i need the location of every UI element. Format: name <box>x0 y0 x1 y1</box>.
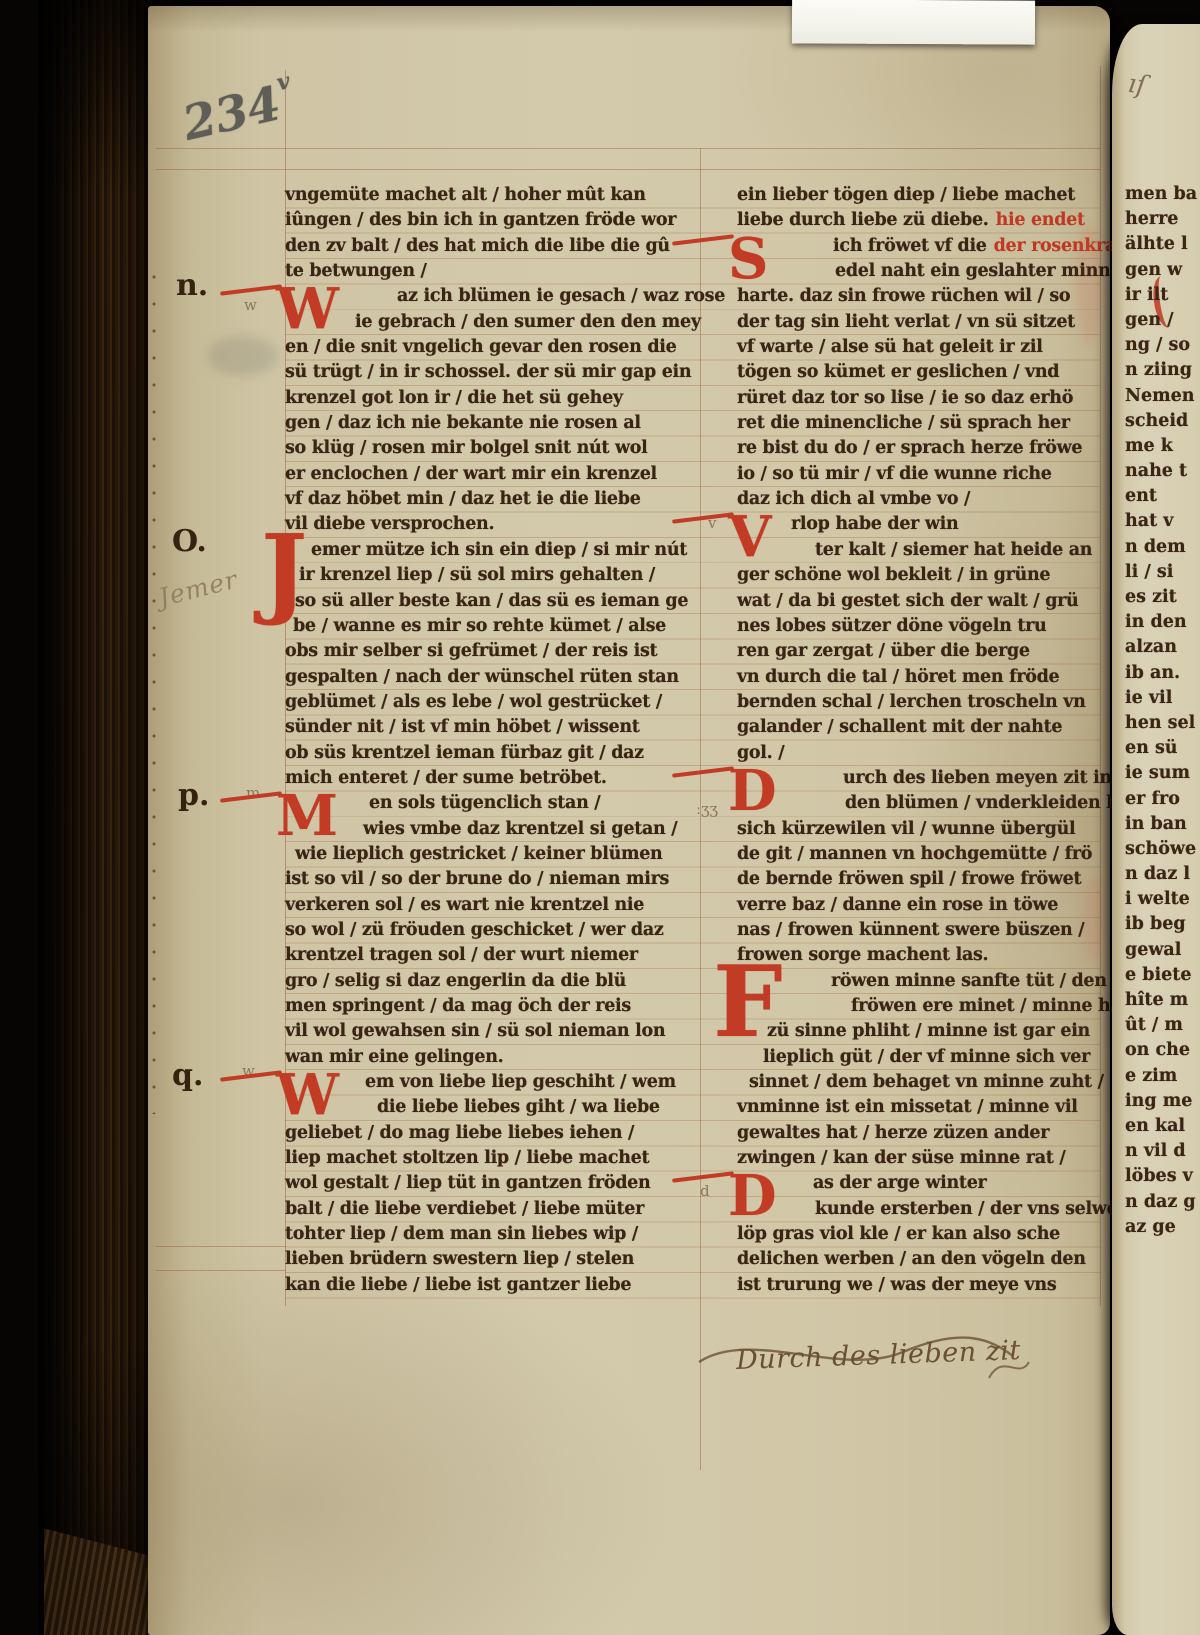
line-text: zü sinne phliht / minne ist gar ein <box>767 1021 1090 1041</box>
next-page-text-fragment: ib an. <box>1125 661 1200 686</box>
next-page-text-fragment: e biete <box>1125 963 1200 988</box>
manuscript-text-line: re bist du do / er sprach herze fröwe <box>737 436 1105 461</box>
line-text: sinnet / dem behaget vn minne zuht / <box>749 1072 1104 1092</box>
next-page-text-fragment: hat v <box>1125 509 1200 534</box>
folio-number: 234v <box>177 68 301 152</box>
manuscript-text-line: ein lieber tögen diep / liebe machet <box>737 183 1105 208</box>
manuscript-text-line: frowen sorge machent las. <box>737 943 1105 968</box>
next-page-text-fragment: li / si <box>1125 560 1200 585</box>
line-text: fröwen ere minet / minne hat <box>851 996 1129 1016</box>
manuscript-text-line: delichen werben / an den vögeln den <box>737 1247 1105 1272</box>
manuscript-text-line: kan die liebe / liebe ist gantzer liebe <box>285 1273 703 1298</box>
manuscript-text-line: krenzel got lon ir / die het sü gehey <box>285 386 703 411</box>
graphite-smudge <box>208 336 278 376</box>
manuscript-text-line: te betwungen / <box>285 259 703 284</box>
manuscript-text-line: Jemer mütze ich sin ein diep / si mir nú… <box>285 538 703 563</box>
line-text: edel naht ein geslahter minner <box>835 261 1130 281</box>
manuscript-text-line: obs mir selber si gefrümet / der reis is… <box>285 639 703 664</box>
line-text: bernden schal / lerchen troscheln vn <box>737 692 1086 712</box>
next-page-text-fragment: herre <box>1125 207 1200 232</box>
book-page-edges-left <box>38 0 160 1635</box>
red-initial: V <box>728 509 771 565</box>
line-text: vf warte / alse sü hat geleit ir zil <box>737 337 1043 357</box>
line-text: rlop habe der win <box>791 514 958 534</box>
manuscript-text-line: Durch des lieben meyen zit in <box>737 766 1105 791</box>
manuscript-text-line: vf daz höbet min / daz het ie die liebe <box>285 487 703 512</box>
manuscript-text-line: nas / frowen künnent swere büszen / <box>737 918 1105 943</box>
next-page-text-fragment: alzan <box>1125 635 1200 660</box>
line-text: lieplich güt / der vf minne sich ver <box>763 1047 1090 1067</box>
line-text: wol gestalt / liep tüt in gantzen fröden <box>285 1173 650 1193</box>
manuscript-text-line: sünder nit / ist vf min höbet / wissent <box>285 715 703 740</box>
manuscript-text-line: so sü aller beste kan / das sü es ieman … <box>285 589 703 614</box>
manuscript-text-line: wan mir eine gelingen. <box>285 1045 703 1070</box>
line-text: obs mir selber si gefrümet / der reis is… <box>285 641 657 661</box>
manuscript-text-line: verkeren sol / es wart nie krentzel nie <box>285 893 703 918</box>
line-text: tohter liep / dem man sin liebes wip / <box>285 1224 638 1244</box>
pricking-marks <box>152 274 156 1114</box>
header-ruling-line <box>156 148 1100 149</box>
line-text: wie lieplich gestricket / keiner blümen <box>295 844 662 864</box>
line-text: liep machet stoltzen lip / liebe machet <box>285 1148 649 1168</box>
line-text: lieben brüdern swestern liep / stelen <box>285 1249 634 1269</box>
next-page-text-fragment: gen / <box>1125 308 1200 333</box>
manuscript-text-line: Men sols tügenclich stan / <box>285 791 703 816</box>
manuscript-text-line: vil wol gewahsen sin / sü sol nieman lon <box>285 1019 703 1044</box>
line-text: az ich blümen ie gesach / waz rose <box>397 286 725 306</box>
next-page-text-fragment: gen w <box>1125 258 1200 283</box>
manuscript-text-line: gewaltes hat / herze züzen ander <box>737 1121 1105 1146</box>
line-text: er enclochen / der wart mir ein krenzel <box>285 464 657 484</box>
line-text: en sols tügenclich stan / <box>369 793 600 813</box>
guide-letter: ːʒʒ <box>696 800 718 818</box>
next-page-text-fragment: älhte l <box>1125 232 1200 257</box>
manuscript-text-line: Wem von liebe liep geschiht / wem <box>285 1070 703 1095</box>
manuscript-text-line: den blümen / vnderkleiden hebet <box>737 791 1105 816</box>
margin-note: p. <box>178 778 209 813</box>
manuscript-text-line: nes lobes sützer döne vögeln tru <box>737 614 1105 639</box>
line-text: den zv balt / des hat mich die libe die … <box>285 236 670 256</box>
manuscript-text-line: gespalten / nach der wünschel rüten stan <box>285 665 703 690</box>
line-text: en / die snit vngelich gevar den rosen d… <box>285 337 676 357</box>
next-page-text-fragment: löbes v <box>1125 1164 1200 1189</box>
margin-note: Jemer <box>156 565 241 613</box>
manuscript-text-line: die liebe liebes giht / wa liebe <box>285 1095 703 1120</box>
line-text: emer mütze ich sin ein diep / si mir nút <box>311 540 687 560</box>
line-text: io / so tü mir / vf die wunne riche <box>737 464 1052 484</box>
manuscript-text-line: ist trurung we / was der meye vns <box>737 1273 1105 1298</box>
next-page-text-fragment: en sü <box>1125 736 1200 761</box>
line-text: vn durch die tal / höret men fröde <box>737 667 1059 687</box>
line-text: ich fröwet vf die <box>833 236 987 256</box>
line-text: vf daz höbet min / daz het ie die liebe <box>285 489 641 509</box>
line-text: geblümet / als es lebe / wol gestrücket … <box>285 692 662 712</box>
next-page-text-fragment: gewal <box>1125 938 1200 963</box>
header-ruling-line <box>156 169 1100 170</box>
line-text: die liebe liebes giht / wa liebe <box>377 1097 660 1117</box>
line-text: liebe durch liebe zü diebe. <box>737 210 989 230</box>
manuscript-text-line: Das der arge winter <box>737 1171 1105 1196</box>
next-page-text-fragment: in den <box>1125 610 1200 635</box>
next-page-text-fragment: ie vil <box>1125 686 1200 711</box>
line-text: gro / selig si daz engerlin da die blü <box>285 971 626 991</box>
manuscript-text-line: lieben brüdern swestern liep / stelen <box>285 1247 703 1272</box>
red-initial: M <box>276 788 338 844</box>
footer-ruling-line <box>156 1246 286 1247</box>
next-page-text-fragment: schöwe <box>1125 837 1200 862</box>
line-text: sü trügt / in ir schossel. der sü mir ga… <box>285 362 691 382</box>
line-text: de bernde fröwen spil / frowe fröwet <box>737 869 1081 889</box>
manuscript-text-line: tohter liep / dem man sin liebes wip / <box>285 1222 703 1247</box>
margin-note: n. <box>176 268 208 303</box>
manuscript-text-line: ie gebrach / den sumer den den mey <box>285 310 703 335</box>
manuscript-text-line: der tag sin lieht verlat / vn sü sitzet <box>737 310 1105 335</box>
manuscript-text-line: balt / die liebe verdiebet / liebe müter <box>285 1197 703 1222</box>
bookmark-slip <box>792 0 1035 45</box>
line-text: ret die minencliche / sü sprach her <box>737 413 1070 433</box>
red-initial: J <box>261 534 307 610</box>
line-text: tögen so kümet er geslichen / vnd <box>737 362 1059 382</box>
manuscript-text-line: daz ich dich al vmbe vo / <box>737 487 1105 512</box>
next-page-text-fragment: er fro <box>1125 787 1200 812</box>
manuscript-text-line: Fröwen minne sanfte tüt / den der <box>737 969 1105 994</box>
next-page-text-fragment: ing me <box>1125 1089 1200 1114</box>
manuscript-text-line: harte. daz sin frowe rüchen wil / so <box>737 284 1105 309</box>
manuscript-text-line: vn durch die tal / höret men fröde <box>737 665 1105 690</box>
next-page-text-fragment: hen sel <box>1125 711 1200 736</box>
line-text: ren gar zergat / über die berge <box>737 641 1030 661</box>
line-text: urch des lieben meyen zit in <box>843 768 1112 788</box>
line-text: so klüg / rosen mir bolgel snit nút wol <box>285 438 647 458</box>
manuscript-text-line: wie lieplich gestricket / keiner blümen <box>285 842 703 867</box>
next-page-text-fragment: ir ilt <box>1125 283 1200 308</box>
line-text: gespalten / nach der wünschel rüten stan <box>285 667 679 687</box>
margin-note: q. <box>172 1058 203 1093</box>
pen-mark: ıſ <box>1126 69 1148 101</box>
manuscript-text-line: iûngen / des bin ich in gantzen fröde wo… <box>285 208 703 233</box>
line-text: nes lobes sützer döne vögeln tru <box>737 616 1046 636</box>
line-text: balt / die liebe verdiebet / liebe müter <box>285 1199 644 1219</box>
manuscript-text-line: so wol / zü fröuden geschicket / wer daz <box>285 918 703 943</box>
manuscript-text-line: sich kürzewilen vil / wunne übergül <box>737 817 1105 842</box>
manuscript-text-line: wat / da bi gestet sich der walt / grü <box>737 589 1105 614</box>
next-page-text-fragment: az ge <box>1125 1215 1200 1240</box>
next-page-text-fragment: ent <box>1125 484 1200 509</box>
line-text: ir krenzel liep / sü sol mirs gehalten / <box>299 565 655 585</box>
next-page-text-fragment: Nemen <box>1125 384 1200 409</box>
line-text: wat / da bi gestet sich der walt / grü <box>737 591 1078 611</box>
next-page-text-fragment: ie sum <box>1125 761 1200 786</box>
manuscript-text-line: men springent / da mag öch der reis <box>285 994 703 1019</box>
manuscript-text-line: be / wanne es mir so rehte kümet / alse <box>285 614 703 639</box>
line-text: sich kürzewilen vil / wunne übergül <box>737 819 1075 839</box>
manuscript-text-line: den zv balt / des hat mich die libe die … <box>285 234 703 259</box>
line-text: men springent / da mag öch der reis <box>285 996 631 1016</box>
red-initial: W <box>276 281 339 337</box>
text-column-left: vngemüte machet alt / hoher mût kaniûnge… <box>285 183 703 1298</box>
manuscript-text-line: de git / mannen vn hochgemütte / frö <box>737 842 1105 867</box>
next-page-text-fragment: in ban <box>1125 812 1200 837</box>
manuscript-text-line: zwingen / kan der süse minne rat / <box>737 1146 1105 1171</box>
next-page-text-fragment: nahe t <box>1125 459 1200 484</box>
manuscript-text-line: mich enteret / der sume betröbet. <box>285 766 703 791</box>
line-text: verkeren sol / es wart nie krentzel nie <box>285 895 644 915</box>
manuscript-text-line: liebe durch liebe zü diebe.hie endet <box>737 208 1105 233</box>
manuscript-text-line: ir krenzel liep / sü sol mirs gehalten / <box>285 563 703 588</box>
line-text: kunde ersterben / der vns selwet <box>815 1199 1125 1219</box>
line-text: krenzel got lon ir / die het sü gehey <box>285 388 623 408</box>
text-column-right: ein lieber tögen diep / liebe machetlieb… <box>737 183 1105 1298</box>
next-page-text-fragment: men ba <box>1125 182 1200 207</box>
next-page-edge: ıſ men baherreälhte lgen wir iltgen /ng … <box>1112 24 1200 1635</box>
red-initial: D <box>728 763 776 819</box>
manuscript-text-line: sü trügt / in ir schossel. der sü mir ga… <box>285 360 703 385</box>
next-page-text-fragment: en kal <box>1125 1114 1200 1139</box>
manuscript-text-line: galander / schallent mit der nahte <box>737 715 1105 740</box>
line-text: be / wanne es mir so rehte kümet / alse <box>293 616 666 636</box>
line-text: vnminne ist ein missetat / minne vil <box>737 1097 1078 1117</box>
line-text: sünder nit / ist vf min höbet / wissent <box>285 717 640 737</box>
line-text: ist trurung we / was der meye vns <box>737 1275 1056 1295</box>
manuscript-text-line: gro / selig si daz engerlin da die blü <box>285 969 703 994</box>
line-text: krentzel tragen sol / der wurt niemer <box>285 945 638 965</box>
next-page-text-fragment: me k <box>1125 434 1200 459</box>
line-text: nas / frowen künnent swere büszen / <box>737 920 1084 940</box>
line-text: gewaltes hat / herze züzen ander <box>737 1123 1049 1143</box>
red-initial: W <box>276 1067 339 1123</box>
rubric-text: hie endet <box>996 210 1085 230</box>
manuscript-text-line: liep machet stoltzen lip / liebe machet <box>285 1146 703 1171</box>
manuscript-text-line: er enclochen / der wart mir ein krenzel <box>285 462 703 487</box>
next-page-text-fragment: ib beg <box>1125 912 1200 937</box>
line-text: ter kalt / siemer hat heide an <box>815 540 1092 560</box>
line-text: rüret daz tor so lise / ie so daz erhö <box>737 388 1073 408</box>
line-text: delichen werben / an den vögeln den <box>737 1249 1086 1269</box>
line-text: em von liebe liep geschiht / wem <box>365 1072 676 1092</box>
margin-note: O. <box>172 524 207 559</box>
next-page-text-fragment: i welte <box>1125 887 1200 912</box>
line-text: wies vmbe daz krentzel si getan / <box>363 819 677 839</box>
manuscript-text-line: kunde ersterben / der vns selwet <box>737 1197 1105 1222</box>
manuscript-text-line: edel naht ein geslahter minner <box>737 259 1105 284</box>
line-text: der tag sin lieht verlat / vn sü sitzet <box>737 312 1075 332</box>
manuscript-text-line: ist so vil / so der brune do / nieman mi… <box>285 867 703 892</box>
manuscript-text-line: gol. / <box>737 741 1105 766</box>
manuscript-text-line: Waz ich blümen ie gesach / waz rose <box>285 284 703 309</box>
red-initial: F <box>713 965 782 1041</box>
line-text: so wol / zü fröuden geschicket / wer daz <box>285 920 664 940</box>
next-page-text-column: men baherreälhte lgen wir iltgen /ng / s… <box>1125 182 1200 1240</box>
manuscript-text-line: Vrlop habe der win <box>737 512 1105 537</box>
line-text: kan die liebe / liebe ist gantzer liebe <box>285 1275 631 1295</box>
next-page-text-fragment: n daz l <box>1125 862 1200 887</box>
footer-ruling-line <box>156 1270 286 1271</box>
manuscript-text-line: ren gar zergat / über die berge <box>737 639 1105 664</box>
manuscript-text-line: en / die snit vngelich gevar den rosen d… <box>285 335 703 360</box>
line-text: verre baz / danne ein rose in töwe <box>737 895 1058 915</box>
next-page-text-fragment: n dem <box>1125 535 1200 560</box>
manuscript-text-line: vf warte / alse sü hat geleit ir zil <box>737 335 1105 360</box>
manuscript-text-line: tögen so kümet er geslichen / vnd <box>737 360 1105 385</box>
manuscript-photo: 234v vngemüte machet alt / hoher mût kan… <box>0 0 1200 1635</box>
next-page-text-fragment: hîte m <box>1125 988 1200 1013</box>
line-text: harte. daz sin frowe rüchen wil / so <box>737 286 1070 306</box>
line-text: zwingen / kan der süse minne rat / <box>737 1148 1065 1168</box>
manuscript-text-line: geliebet / do mag liebe liebes iehen / <box>285 1121 703 1146</box>
manuscript-text-line: ter kalt / siemer hat heide an <box>737 538 1105 563</box>
manuscript-text-line: fröwen ere minet / minne hat <box>737 994 1105 1019</box>
guide-letter: w <box>244 296 257 314</box>
manuscript-text-line: Sich fröwet vf dieder rosenkrantz <box>737 234 1105 259</box>
manuscript-text-line: gen / daz ich nie bekante nie rosen al <box>285 411 703 436</box>
manuscript-text-line: ger schöne wol bekleit / in grüne <box>737 563 1105 588</box>
manuscript-text-line: io / so tü mir / vf die wunne riche <box>737 462 1105 487</box>
next-page-text-fragment: n daz g <box>1125 1190 1200 1215</box>
manuscript-text-line: krentzel tragen sol / der wurt niemer <box>285 943 703 968</box>
manuscript-text-line: ret die minencliche / sü sprach her <box>737 411 1105 436</box>
line-text: so sü aller beste kan / das sü es ieman … <box>295 591 688 611</box>
line-text: ger schöne wol bekleit / in grüne <box>737 565 1050 585</box>
next-page-text-fragment: scheid <box>1125 409 1200 434</box>
line-text: ist so vil / so der brune do / nieman mi… <box>285 869 669 889</box>
line-text: ein lieber tögen diep / liebe machet <box>737 185 1075 205</box>
next-page-text-fragment: ût / m <box>1125 1013 1200 1038</box>
manuscript-text-line: bernden schal / lerchen troscheln vn <box>737 690 1105 715</box>
line-text: de git / mannen vn hochgemütte / frö <box>737 844 1092 864</box>
manuscript-text-line: vngemüte machet alt / hoher mût kan <box>285 183 703 208</box>
line-text: re bist du do / er sprach herze fröwe <box>737 438 1082 458</box>
line-text: iûngen / des bin ich in gantzen fröde wo… <box>285 210 676 230</box>
manuscript-text-line: geblümet / als es lebe / wol gestrücket … <box>285 690 703 715</box>
manuscript-text-line: de bernde fröwen spil / frowe fröwet <box>737 867 1105 892</box>
line-text: vil wol gewahsen sin / sü sol nieman lon <box>285 1021 665 1041</box>
line-text: ie gebrach / den sumer den den mey <box>355 312 701 332</box>
manuscript-text-line: lieplich güt / der vf minne sich ver <box>737 1045 1105 1070</box>
manuscript-text-line: so klüg / rosen mir bolgel snit nút wol <box>285 436 703 461</box>
red-initial: S <box>728 231 768 287</box>
next-page-text-fragment: es zit <box>1125 585 1200 610</box>
manuscript-text-line: zü sinne phliht / minne ist gar ein <box>737 1019 1105 1044</box>
manuscript-text-line: vil diebe versprochen. <box>285 512 703 537</box>
line-text: ob süs krentzel ieman fürbaz git / daz <box>285 743 644 763</box>
next-page-text-fragment: on che <box>1125 1038 1200 1063</box>
manuscript-text-line: verre baz / danne ein rose in töwe <box>737 893 1105 918</box>
red-initial: D <box>728 1168 776 1224</box>
manuscript-text-line: sinnet / dem behaget vn minne zuht / <box>737 1070 1105 1095</box>
line-text: galander / schallent mit der nahte <box>737 717 1062 737</box>
manuscript-text-line: ob süs krentzel ieman fürbaz git / daz <box>285 741 703 766</box>
line-text: daz ich dich al vmbe vo / <box>737 489 970 509</box>
next-page-text-fragment: n ziing <box>1125 358 1200 383</box>
line-text: vil diebe versprochen. <box>285 514 494 534</box>
manuscript-text-line: wies vmbe daz krentzel si getan / <box>285 817 703 842</box>
next-page-text-fragment: n vil d <box>1125 1139 1200 1164</box>
manuscript-text-line: wol gestalt / liep tüt in gantzen fröden <box>285 1171 703 1196</box>
next-page-text-fragment: ng / so <box>1125 333 1200 358</box>
manuscript-page: 234v vngemüte machet alt / hoher mût kan… <box>148 6 1110 1635</box>
manuscript-text-line: löp gras viol kle / er kan also sche <box>737 1222 1105 1247</box>
line-text: gen / daz ich nie bekante nie rosen al <box>285 413 641 433</box>
line-text: röwen minne sanfte tüt / den der <box>831 971 1144 991</box>
line-text: löp gras viol kle / er kan also sche <box>737 1224 1060 1244</box>
manuscript-text-line: vnminne ist ein missetat / minne vil <box>737 1095 1105 1120</box>
manuscript-text-line: rüret daz tor so lise / ie so daz erhö <box>737 386 1105 411</box>
line-text: vngemüte machet alt / hoher mût kan <box>285 185 646 205</box>
line-text: as der arge winter <box>813 1173 986 1193</box>
next-page-text-fragment: e zim <box>1125 1064 1200 1089</box>
guide-letter: d <box>700 1182 710 1200</box>
folio-number-digits: 234 <box>178 76 286 152</box>
